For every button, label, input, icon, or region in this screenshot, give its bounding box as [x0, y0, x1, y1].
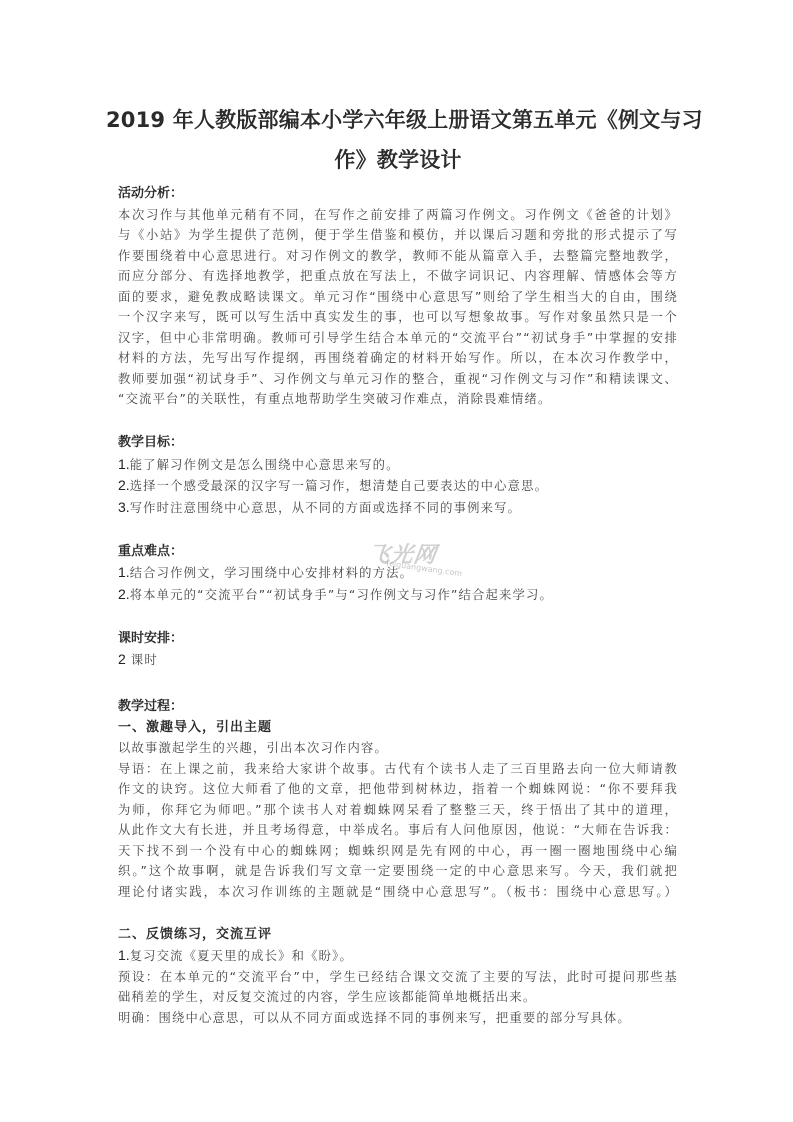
part1-intro: 以故事激起学生的兴趣，引出本次习作内容。 [118, 738, 678, 759]
paragraph-line: 理论付诸实践，本次习作训练的主题就是“围绕中心意思写”。（板书：围绕中心意思写。… [118, 882, 678, 903]
key-point-item: 2.将本单元的“交流平台”“初试身手”与“习作例文与习作”结合起来学习。 [118, 584, 678, 606]
activity-analysis-heading: 活动分析： [118, 184, 678, 205]
document-page: 2019 年人教版部编本小学六年级上册语文第五单元《例文与习 作》教学设计 活动… [118, 100, 678, 1028]
schedule-value: 2 课时 [118, 649, 678, 671]
item-number: 1. [118, 564, 130, 580]
paragraph-line: 为师，你拜它为师吧。”那个读书人对着蜘蛛网呆看了整整三天，终于悟出了其中的道理， [118, 800, 678, 821]
item-text: 选择一个感受最深的汉字写一篇习作，想清楚自己要表达的中心意思。 [130, 479, 548, 493]
paragraph-line: 础稍差的学生，对反复交流过的内容，学生应该都能简单地概括出来。 [118, 987, 678, 1008]
item-text: 能了解习作例文是怎么围绕中心意思来写的。 [130, 458, 400, 472]
item-text: 写作时注意围绕中心意思，从不同的方面或选择不同的事例来写。 [130, 501, 521, 515]
item-text: 复习交流《夏天里的成长》和《盼》。 [130, 949, 353, 963]
teaching-goals-heading: 教学目标： [118, 433, 678, 454]
key-points-section: 重点难点： 1.结合习作例文，学习围绕中心安排材料的方法。 2.将本单元的“交流… [118, 542, 678, 606]
activity-analysis-section: 活动分析： 本次习作与其他单元稍有不同，在写作之前安排了两篇习作例文。习作例文《… [118, 184, 678, 410]
goal-item: 1.能了解习作例文是怎么围绕中心意思来写的。 [118, 454, 678, 476]
paragraph-line: 而应分部分、有选择地教学，把重点放在写法上，不做字词识记、内容理解、情感体会等方 [118, 266, 678, 287]
paragraph-line: 汉字，但中心非常明确。教师可引导学生结合本单元的“交流平台”“初试身手”中掌握的… [118, 328, 678, 349]
paragraph-line: 作文的诀窍。这位大师看了他的文章，把他带到树林边，指着一个蜘蛛网说：“你不要拜我 [118, 779, 678, 800]
key-points-heading: 重点难点： [118, 542, 678, 563]
teaching-process-section: 教学过程： 一、激趣导入，引出主题 以故事激起学生的兴趣，引出本次习作内容。 导… [118, 697, 678, 1028]
item-number: 2. [118, 477, 130, 493]
spacer [118, 518, 678, 539]
schedule-heading: 课时安排： [118, 629, 678, 650]
part1-title: 一、激趣导入，引出主题 [118, 718, 678, 739]
part2-title: 二、反馈练习，交流互评 [118, 925, 678, 946]
goal-item: 2.选择一个感受最深的汉字写一篇习作，想清楚自己要表达的中心意思。 [118, 475, 678, 497]
paragraph-line: 预设：在本单元的“交流平台”中，学生已经结合课文交流了主要的写法，此时可提问那些… [118, 967, 678, 988]
paragraph-line: 材料的方法，先写出写作提纲，再围绕着确定的材料开始写作。所以，在本次习作教学中， [118, 348, 678, 369]
schedule-section: 课时安排： 2 课时 [118, 629, 678, 671]
lesson-count: 2 [118, 651, 126, 667]
paragraph-line: 本次习作与其他单元稍有不同，在写作之前安排了两篇习作例文。习作例文《爸爸的计划》 [118, 205, 678, 226]
item-number: 2. [118, 586, 130, 602]
part2-clarify: 明确：围绕中心意思，可以从不同方面或选择不同的事例来写，把重要的部分写具体。 [118, 1008, 678, 1029]
item-number: 1. [118, 947, 130, 963]
spacer [118, 605, 678, 626]
title-line-2: 作》教学设计 [106, 140, 690, 180]
item-text: 将本单元的“交流平台”“初试身手”与“习作例文与习作”结合起来学习。 [130, 588, 553, 602]
goal-item: 3.写作时注意围绕中心意思，从不同的方面或选择不同的事例来写。 [118, 497, 678, 519]
paragraph-line: 面的要求，避免教成略读课文。单元习作“围绕中心意思写”则给了学生相当大的自由，围… [118, 287, 678, 308]
lesson-unit: 课时 [126, 653, 158, 667]
activity-analysis-paragraph: 本次习作与其他单元稍有不同，在写作之前安排了两篇习作例文。习作例文《爸爸的计划》… [118, 205, 678, 410]
paragraph-line: “交流平台”的关联性，有重点地帮助学生突破习作难点，消除畏难情绪。 [118, 389, 678, 410]
spacer [118, 410, 678, 431]
key-point-item: 1.结合习作例文，学习围绕中心安排材料的方法。 [118, 562, 678, 584]
paragraph-line: 作要围绕着中心意思进行。对习作例文的教学，教师不能从篇章入手，去整篇完整地教学， [118, 246, 678, 267]
item-number: 1. [118, 456, 130, 472]
part2-preset-paragraph: 预设：在本单元的“交流平台”中，学生已经结合课文交流了主要的写法，此时可提问那些… [118, 967, 678, 1008]
document-title: 2019 年人教版部编本小学六年级上册语文第五单元《例文与习 作》教学设计 [106, 100, 690, 180]
spacer [118, 671, 678, 692]
teaching-process-heading: 教学过程： [118, 697, 678, 718]
paragraph-line: 与《小站》为学生提供了范例，便于学生借鉴和模仿，并以课后习题和旁批的形式提示了写 [118, 225, 678, 246]
spacer [118, 902, 678, 923]
item-text: 结合习作例文，学习围绕中心安排材料的方法。 [130, 566, 413, 580]
paragraph-line: 天下找不到一个没有中心的蜘蛛网；蜘蛛织网是先有网的中心，再一圈一圈地围绕中心编 [118, 841, 678, 862]
teaching-goals-section: 教学目标： 1.能了解习作例文是怎么围绕中心意思来写的。 2.选择一个感受最深的… [118, 433, 678, 518]
part2-item-1: 1.复习交流《夏天里的成长》和《盼》。 [118, 945, 678, 967]
paragraph-line: 织。”这个故事啊，就是告诉我们写文章一定要围绕一定的中心意思来写。今天，我们就把 [118, 861, 678, 882]
item-number: 3. [118, 499, 130, 515]
paragraph-line: 一个汉字来写，既可以写生活中真实发生的事，也可以写想象故事。写作对象虽然只是一个 [118, 307, 678, 328]
paragraph-line: 教师要加强“初试身手”、习作例文与单元习作的整合，重视“习作例文与习作”和精读课… [118, 369, 678, 390]
part1-story-paragraph: 导语：在上课之前，我来给大家讲个故事。古代有个读书人走了三百里路去向一位大师请教… [118, 759, 678, 903]
paragraph-line: 从此作文大有长进，并且考场得意，中举成名。事后有人问他原因，他说：“大师在告诉我… [118, 820, 678, 841]
paragraph-line: 导语：在上课之前，我来给大家讲个故事。古代有个读书人走了三百里路去向一位大师请教 [118, 759, 678, 780]
title-line-1: 2019 年人教版部编本小学六年级上册语文第五单元《例文与习 [106, 100, 690, 140]
